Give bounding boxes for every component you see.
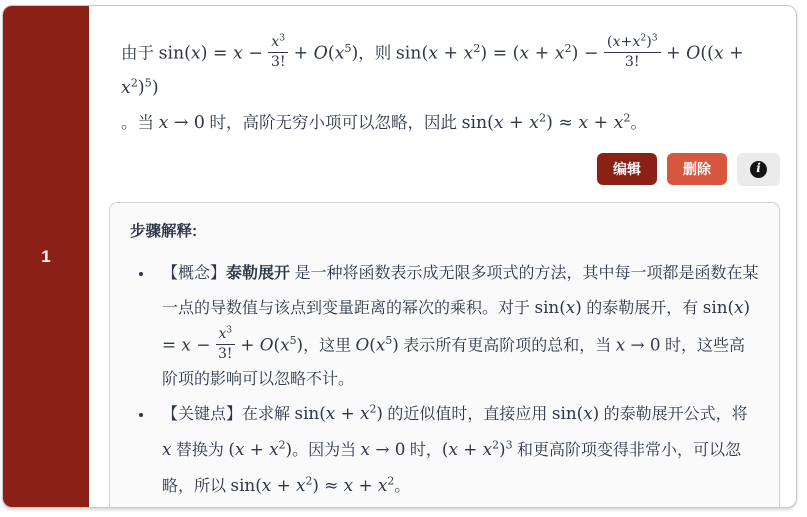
toolbar: 编辑 删除 i (109, 153, 780, 186)
edit-button[interactable]: 编辑 (597, 153, 657, 185)
explanation-heading: 步骤解释: (130, 219, 759, 241)
step-statement: 由于 sin(x) = x − x33! + O(x5)，则 sin(x + x… (121, 34, 780, 141)
info-button[interactable]: i (737, 153, 780, 186)
step-index-sidebar: 1 (3, 6, 89, 507)
explanation-list: 【概念】泰勒展开 是一种将函数表示成无限多项式的方法，其中每一项都是函数在某一点… (130, 257, 759, 504)
explanation-item: 【概念】泰勒展开 是一种将函数表示成无限多项式的方法，其中每一项都是函数在某一点… (154, 257, 759, 397)
explanation-item: 【关键点】在求解 sin(x + x2) 的近似值时，直接应用 sin(x) 的… (154, 396, 759, 503)
page: 1 由于 sin(x) = x − x33! + O(x5)，则 sin(x +… (0, 0, 807, 517)
step-card: 1 由于 sin(x) = x − x33! + O(x5)，则 sin(x +… (2, 5, 797, 508)
step-number: 1 (41, 247, 50, 267)
explanation-box: 步骤解释: 【概念】泰勒展开 是一种将函数表示成无限多项式的方法，其中每一项都是… (109, 202, 780, 508)
step-content: 由于 sin(x) = x − x33! + O(x5)，则 sin(x + x… (89, 6, 796, 507)
info-icon: i (750, 161, 767, 178)
delete-button[interactable]: 删除 (667, 153, 727, 185)
